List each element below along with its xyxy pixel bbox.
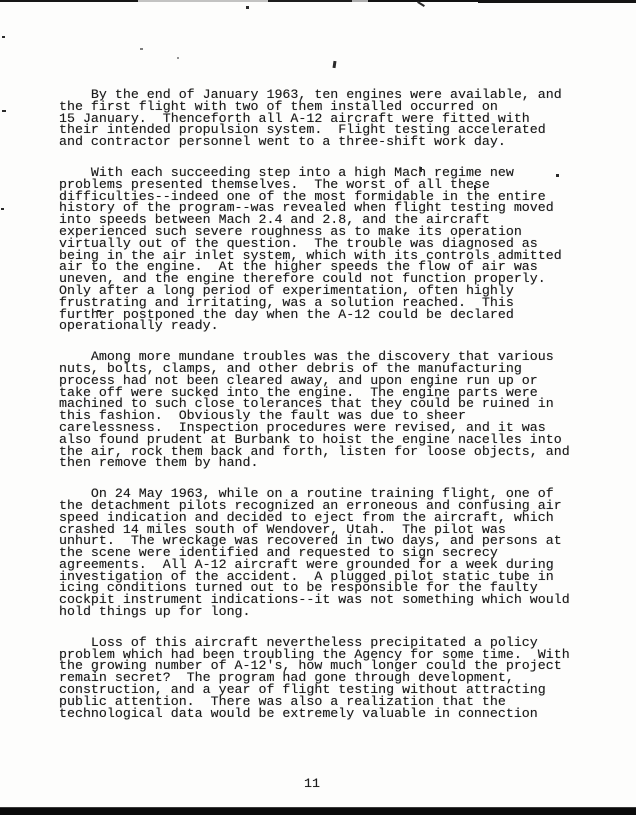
scan-speck — [140, 48, 143, 50]
scan-speck — [97, 310, 101, 312]
paragraph-policy-problem: Loss of this aircraft nevertheless preci… — [59, 637, 604, 720]
scan-speck — [177, 57, 179, 59]
scan-speck — [474, 185, 476, 190]
paragraph-training-flight-accident: On 24 May 1963, while on a routine train… — [59, 488, 604, 618]
scan-speck — [333, 61, 337, 68]
page-number: 11 — [0, 776, 630, 791]
scan-artifact-bottom-bar — [0, 807, 636, 815]
scan-speck — [246, 6, 249, 9]
scan-speck — [2, 110, 6, 112]
paragraph-mundane-troubles: Among more mundane troubles was the disc… — [59, 351, 604, 469]
paragraph-engines-available: By the end of January 1963, ten engines … — [59, 89, 604, 148]
scan-speck — [420, 167, 422, 172]
scan-speck — [2, 36, 5, 38]
scan-artifact-top-edge-right — [478, 0, 636, 3]
scan-speck — [1, 208, 4, 210]
document-body: By the end of January 1963, ten engines … — [59, 89, 604, 738]
scanned-document-page: By the end of January 1963, ten engines … — [0, 0, 636, 815]
paragraph-mach-regime-problems: With each succeeding step into a high Ma… — [59, 167, 604, 332]
scan-speck — [556, 174, 559, 177]
